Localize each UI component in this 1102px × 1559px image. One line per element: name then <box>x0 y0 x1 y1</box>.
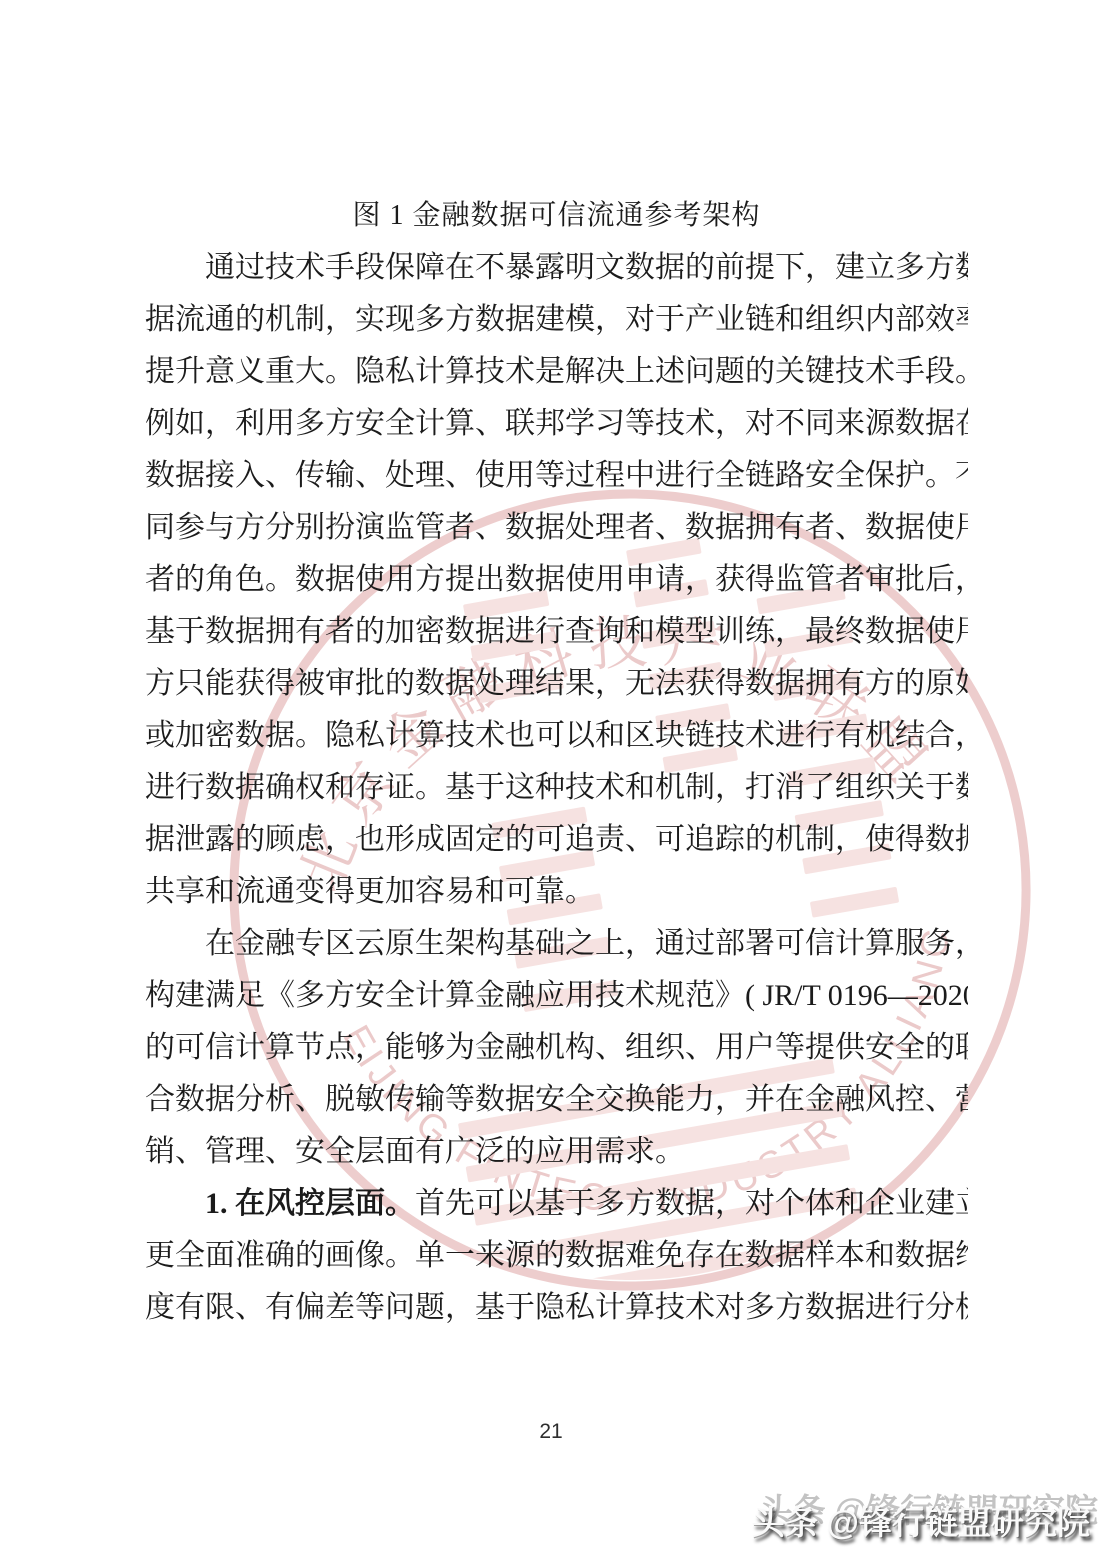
text-line: 者的角色。数据使用方提出数据使用申请，获得监管者审批后， <box>145 554 968 606</box>
text-line: 的可信计算节点，能够为金融机构、组织、用户等提供安全的联 <box>145 1022 968 1074</box>
text-line: 数据接入、传输、处理、使用等过程中进行全链路安全保护。不 <box>145 450 968 502</box>
watermark-badge: 头条 @锋行链盟研究院 头条 @锋行链盟研究院 <box>752 1497 1090 1544</box>
paragraph-1: 通过技术手段保障在不暴露明文数据的前提下，建立多方数 据流通的机制，实现多方数据… <box>145 242 968 918</box>
text-column: 图 1 金融数据可信流通参考架构 通过技术手段保障在不暴露明文数据的前提下，建立… <box>145 190 968 1334</box>
bold-lead: 1. 在风控层面。 <box>205 1187 415 1220</box>
text-line: 例如，利用多方安全计算、联邦学习等技术，对不同来源数据在 <box>145 398 968 450</box>
text-line: 进行数据确权和存证。基于这种技术和机制，打消了组织关于数 <box>145 762 968 814</box>
text-line: 合数据分析、脱敏传输等数据安全交换能力，并在金融风控、营 <box>145 1074 968 1126</box>
page-number: 21 <box>0 1420 1102 1444</box>
text-line: 基于数据拥有者的加密数据进行查询和模型训练，最终数据使用 <box>145 606 968 658</box>
text-line: 据泄露的顾虑，也形成固定的可追责、可追踪的机制，使得数据 <box>145 814 968 866</box>
document-page: 北京金融科技产业联盟 BEIJING FINTECH INDUSTRY ALLI… <box>0 0 1102 1559</box>
text-line: 共享和流通变得更加容易和可靠。 <box>145 866 968 918</box>
text-line: 度有限、有偏差等问题，基于隐私计算技术对多方数据进行分析， <box>145 1282 968 1334</box>
lead-rest: 首先可以基于多方数据，对个体和企业建立 <box>415 1187 968 1220</box>
text-line: 提升意义重大。隐私计算技术是解决上述问题的关键技术手段。 <box>145 346 968 398</box>
figure-caption: 图 1 金融数据可信流通参考架构 <box>145 190 968 242</box>
text-line: 或加密数据。隐私计算技术也可以和区块链技术进行有机结合， <box>145 710 968 762</box>
text-line: 通过技术手段保障在不暴露明文数据的前提下，建立多方数 <box>145 242 968 294</box>
paragraph-2: 在金融专区云原生架构基础之上，通过部署可信计算服务， 构建满足《多方安全计算金融… <box>145 918 968 1178</box>
text-line: 更全面准确的画像。单一来源的数据难免存在数据样本和数据维 <box>145 1230 968 1282</box>
text-line: 在金融专区云原生架构基础之上，通过部署可信计算服务， <box>145 918 968 970</box>
text-line: 构建满足《多方安全计算金融应用技术规范》( JR/T 0196—2020 ) <box>145 970 968 1022</box>
text-line: 据流通的机制，实现多方数据建模，对于产业链和组织内部效率 <box>145 294 968 346</box>
text-line: 方只能获得被审批的数据处理结果，无法获得数据拥有方的原始 <box>145 658 968 710</box>
text-line: 销、管理、安全层面有广泛的应用需求。 <box>145 1126 968 1178</box>
watermark-badge-text: 头条 @锋行链盟研究院 <box>752 1504 1090 1541</box>
text-line: 1. 在风控层面。首先可以基于多方数据，对个体和企业建立 <box>145 1178 968 1230</box>
text-line: 同参与方分别扮演监管者、数据处理者、数据拥有者、数据使用 <box>145 502 968 554</box>
paragraph-3: 1. 在风控层面。首先可以基于多方数据，对个体和企业建立 更全面准确的画像。单一… <box>145 1178 968 1334</box>
